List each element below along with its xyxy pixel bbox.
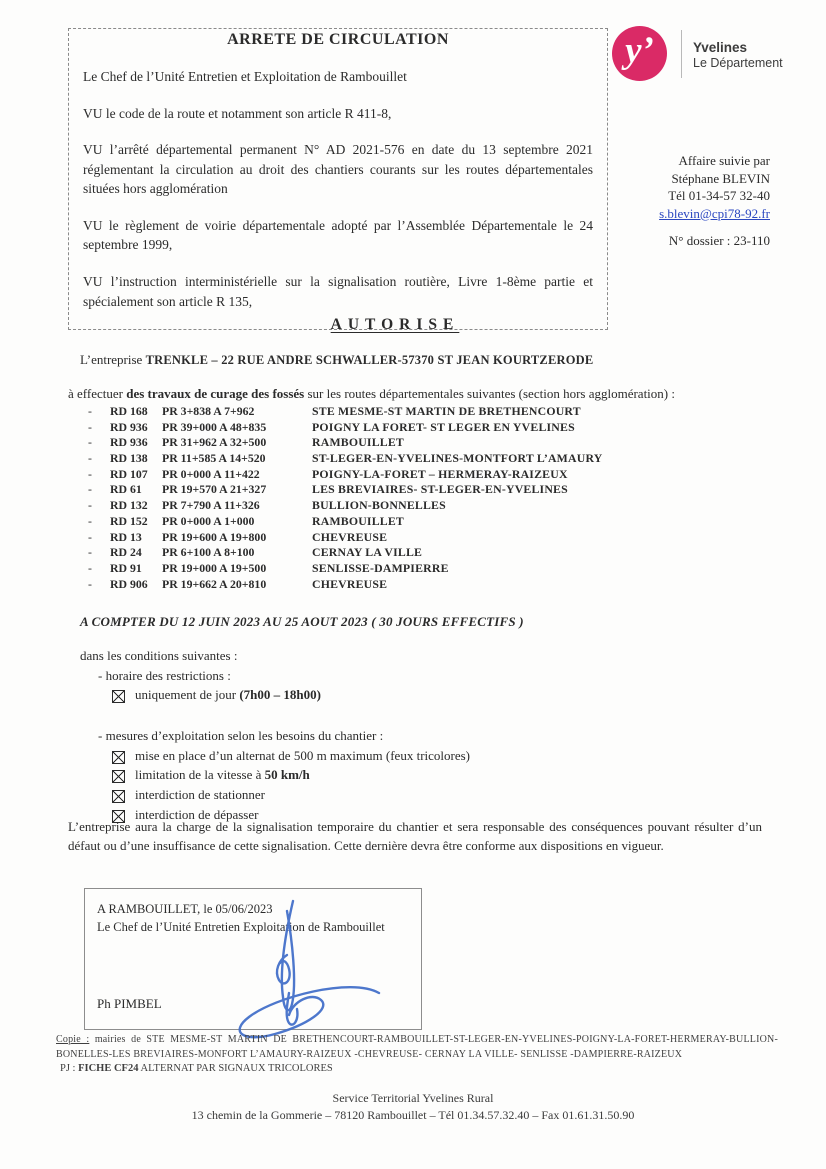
mesure-row: mise en place d’un alternat de 500 m max… — [112, 748, 740, 765]
road-pr: PR 19+600 A 19+800 — [162, 530, 312, 546]
road-row: -RD 936PR 31+962 A 32+500RAMBOUILLET — [88, 435, 728, 451]
road-communes: RAMBOUILLET — [312, 514, 728, 530]
document-page: ARRETE DE CIRCULATION Le Chef de l’Unité… — [0, 0, 826, 1169]
road-row: -RD 61PR 19+570 A 21+327LES BREVIAIRES- … — [88, 482, 728, 498]
mesure-text-normal: interdiction de stationner — [135, 787, 265, 802]
road-dash: - — [88, 514, 110, 530]
road-dash: - — [88, 498, 110, 514]
copie-label: Copie : — [56, 1034, 89, 1045]
road-communes: POIGNY LA FORET- ST LEGER EN YVELINES — [312, 420, 728, 436]
road-row: -RD 906PR 19+662 A 20+810CHEVREUSE — [88, 577, 728, 593]
road-pr: PR 7+790 A 11+326 — [162, 498, 312, 514]
works-suffix: sur les routes départementales suivantes… — [304, 386, 675, 401]
pj-label: PJ : — [60, 1063, 75, 1074]
horaire-label: - horaire des restrictions : — [98, 668, 740, 685]
mesure-text-bold: 50 km/h — [265, 767, 310, 782]
road-dash: - — [88, 545, 110, 561]
road-dash: - — [88, 451, 110, 467]
road-pr: PR 19+570 A 21+327 — [162, 482, 312, 498]
road-pr: PR 19+662 A 20+810 — [162, 577, 312, 593]
mesure-text: interdiction de stationner — [135, 787, 265, 804]
logo-name: Yvelines — [693, 40, 783, 56]
company-name: TRENKLE – 22 RUE ANDRE SCHWALLER-57370 S… — [146, 353, 594, 367]
yvelines-logo: y’ Yvelines Le Département — [612, 26, 783, 81]
works-bold: des travaux de curage des fossés — [126, 386, 304, 401]
preamble-paragraph: VU le règlement de voirie départementale… — [83, 216, 593, 255]
road-id: RD 107 — [110, 467, 162, 483]
responsibility-paragraph: L’entreprise aura la charge de la signal… — [68, 818, 762, 856]
signature-handwriting — [165, 897, 405, 1047]
road-communes: STE MESME-ST MARTIN DE BRETHENCOURT — [312, 404, 728, 420]
checkbox-checked-icon[interactable] — [112, 790, 125, 803]
mesure-text: mise en place d’un alternat de 500 m max… — [135, 748, 470, 765]
road-pr: PR 19+000 A 19+500 — [162, 561, 312, 577]
roads-list: -RD 168PR 3+838 A 7+962STE MESME-ST MART… — [88, 404, 728, 592]
road-pr: PR 31+962 A 32+500 — [162, 435, 312, 451]
road-row: -RD 936PR 39+000 A 48+835POIGNY LA FORET… — [88, 420, 728, 436]
copie-line: Copie : mairies de STE MESME-ST MARTIN D… — [56, 1032, 778, 1062]
horaire-text: uniquement de jour (7h00 – 18h00) — [135, 687, 321, 704]
road-id: RD 152 — [110, 514, 162, 530]
signature-name: Ph PIMBEL — [97, 995, 162, 1013]
road-communes: LES BREVIAIRES- ST-LEGER-EN-YVELINES — [312, 482, 728, 498]
road-dash: - — [88, 482, 110, 498]
road-communes: ST-LEGER-EN-YVELINES-MONTFORT L’AMAURY — [312, 451, 728, 467]
road-row: -RD 168PR 3+838 A 7+962STE MESME-ST MART… — [88, 404, 728, 420]
road-id: RD 906 — [110, 577, 162, 593]
preamble-paragraph: VU l’arrêté départemental permanent N° A… — [83, 140, 593, 199]
road-dash: - — [88, 404, 110, 420]
road-pr: PR 39+000 A 48+835 — [162, 420, 312, 436]
road-id: RD 13 — [110, 530, 162, 546]
road-id: RD 936 — [110, 435, 162, 451]
road-pr: PR 0+000 A 1+000 — [162, 514, 312, 530]
works-prefix: à effectuer — [68, 386, 126, 401]
mesure-text: limitation de la vitesse à 50 km/h — [135, 767, 310, 784]
contact-line: Affaire suivie par — [540, 152, 770, 170]
conditions-block: dans les conditions suivantes : - horair… — [80, 648, 740, 824]
road-id: RD 936 — [110, 420, 162, 436]
pj-text: ALTERNAT PAR SIGNAUX TRICOLORES — [138, 1063, 332, 1074]
checkbox-checked-icon[interactable] — [112, 751, 125, 764]
logo-subtitle: Le Département — [693, 56, 783, 71]
logo-divider — [681, 30, 682, 78]
road-dash: - — [88, 435, 110, 451]
road-row: -RD 138PR 11+585 A 14+520ST-LEGER-EN-YVE… — [88, 451, 728, 467]
preamble-paragraph: VU le code de la route et notamment son … — [83, 104, 593, 124]
copie-text: mairies de STE MESME-ST MARTIN DE BRETHE… — [56, 1034, 778, 1060]
yvelines-logo-icon: y’ — [612, 26, 667, 81]
preamble-paragraph: Le Chef de l’Unité Entretien et Exploita… — [83, 67, 593, 87]
road-id: RD 61 — [110, 482, 162, 498]
service-footer: Service Territorial Yvelines Rural 13 ch… — [0, 1090, 826, 1124]
road-row: -RD 24PR 6+100 A 8+100CERNAY LA VILLE — [88, 545, 728, 561]
road-dash: - — [88, 467, 110, 483]
road-pr: PR 6+100 A 8+100 — [162, 545, 312, 561]
document-title: ARRETE DE CIRCULATION — [83, 31, 593, 49]
checkbox-checked-icon[interactable] — [112, 690, 125, 703]
signature-box: A RAMBOUILLET, le 05/06/2023 Le Chef de … — [84, 888, 422, 1030]
mesure-row: interdiction de stationner — [112, 787, 740, 804]
road-communes: CERNAY LA VILLE — [312, 545, 728, 561]
contact-name: Stéphane BLEVIN — [540, 170, 770, 188]
road-communes: BULLION-BONNELLES — [312, 498, 728, 514]
horaire-text-bold: (7h00 – 18h00) — [239, 687, 321, 702]
road-row: -RD 13PR 19+600 A 19+800CHEVREUSE — [88, 530, 728, 546]
service-address: 13 chemin de la Gommerie – 78120 Ramboui… — [0, 1107, 826, 1124]
service-name: Service Territorial Yvelines Rural — [0, 1090, 826, 1107]
road-id: RD 168 — [110, 404, 162, 420]
period-line: A COMPTER DU 12 JUIN 2023 AU 25 AOUT 202… — [80, 614, 780, 630]
road-communes: POIGNY-LA-FORET – HERMERAY-RAIZEUX — [312, 467, 728, 483]
checkbox-checked-icon[interactable] — [112, 770, 125, 783]
pj-bold: FICHE CF24 — [75, 1063, 138, 1074]
road-id: RD 138 — [110, 451, 162, 467]
road-dash: - — [88, 561, 110, 577]
road-row: -RD 132PR 7+790 A 11+326BULLION-BONNELLE… — [88, 498, 728, 514]
road-communes: RAMBOUILLET — [312, 435, 728, 451]
road-dash: - — [88, 420, 110, 436]
road-pr: PR 0+000 A 11+422 — [162, 467, 312, 483]
company-line: L’entreprise TRENKLE – 22 RUE ANDRE SCHW… — [80, 352, 760, 368]
contact-email-link[interactable]: s.blevin@cpi78-92.fr — [659, 206, 770, 221]
horaire-text-normal: uniquement de jour — [135, 687, 239, 702]
conditions-intro: dans les conditions suivantes : — [80, 648, 740, 665]
mesure-row: limitation de la vitesse à 50 km/h — [112, 767, 740, 784]
authorize-heading: AUTORISE — [0, 316, 790, 334]
road-row: -RD 91PR 19+000 A 19+500SENLISSE-DAMPIER… — [88, 561, 728, 577]
road-id: RD 24 — [110, 545, 162, 561]
road-communes: CHEVREUSE — [312, 530, 728, 546]
mesures-label: - mesures d’exploitation selon les besoi… — [98, 728, 740, 745]
road-pr: PR 11+585 A 14+520 — [162, 451, 312, 467]
contact-block: Affaire suivie par Stéphane BLEVIN Tél 0… — [540, 152, 770, 222]
mesure-text-normal: mise en place d’un alternat de 500 m max… — [135, 748, 470, 763]
road-row: -RD 152PR 0+000 A 1+000RAMBOUILLET — [88, 514, 728, 530]
road-id: RD 132 — [110, 498, 162, 514]
road-communes: CHEVREUSE — [312, 577, 728, 593]
horaire-checkbox-row: uniquement de jour (7h00 – 18h00) — [112, 687, 740, 704]
road-dash: - — [88, 530, 110, 546]
road-row: -RD 107PR 0+000 A 11+422POIGNY-LA-FORET … — [88, 467, 728, 483]
road-communes: SENLISSE-DAMPIERRE — [312, 561, 728, 577]
preamble-box: ARRETE DE CIRCULATION Le Chef de l’Unité… — [68, 28, 608, 330]
mesure-text-normal: limitation de la vitesse à — [135, 767, 265, 782]
preamble-paragraph: VU l’instruction interministérielle sur … — [83, 272, 593, 311]
contact-phone: Tél 01-34-57 32-40 — [540, 187, 770, 205]
road-dash: - — [88, 577, 110, 593]
dossier-number: N° dossier : 23-110 — [540, 233, 770, 249]
road-id: RD 91 — [110, 561, 162, 577]
company-prefix: L’entreprise — [80, 352, 146, 367]
road-pr: PR 3+838 A 7+962 — [162, 404, 312, 420]
logo-text: Yvelines Le Département — [693, 36, 783, 71]
works-line: à effectuer des travaux de curage des fo… — [68, 386, 768, 402]
pj-line: PJ : FICHE CF24 ALTERNAT PAR SIGNAUX TRI… — [60, 1063, 782, 1074]
